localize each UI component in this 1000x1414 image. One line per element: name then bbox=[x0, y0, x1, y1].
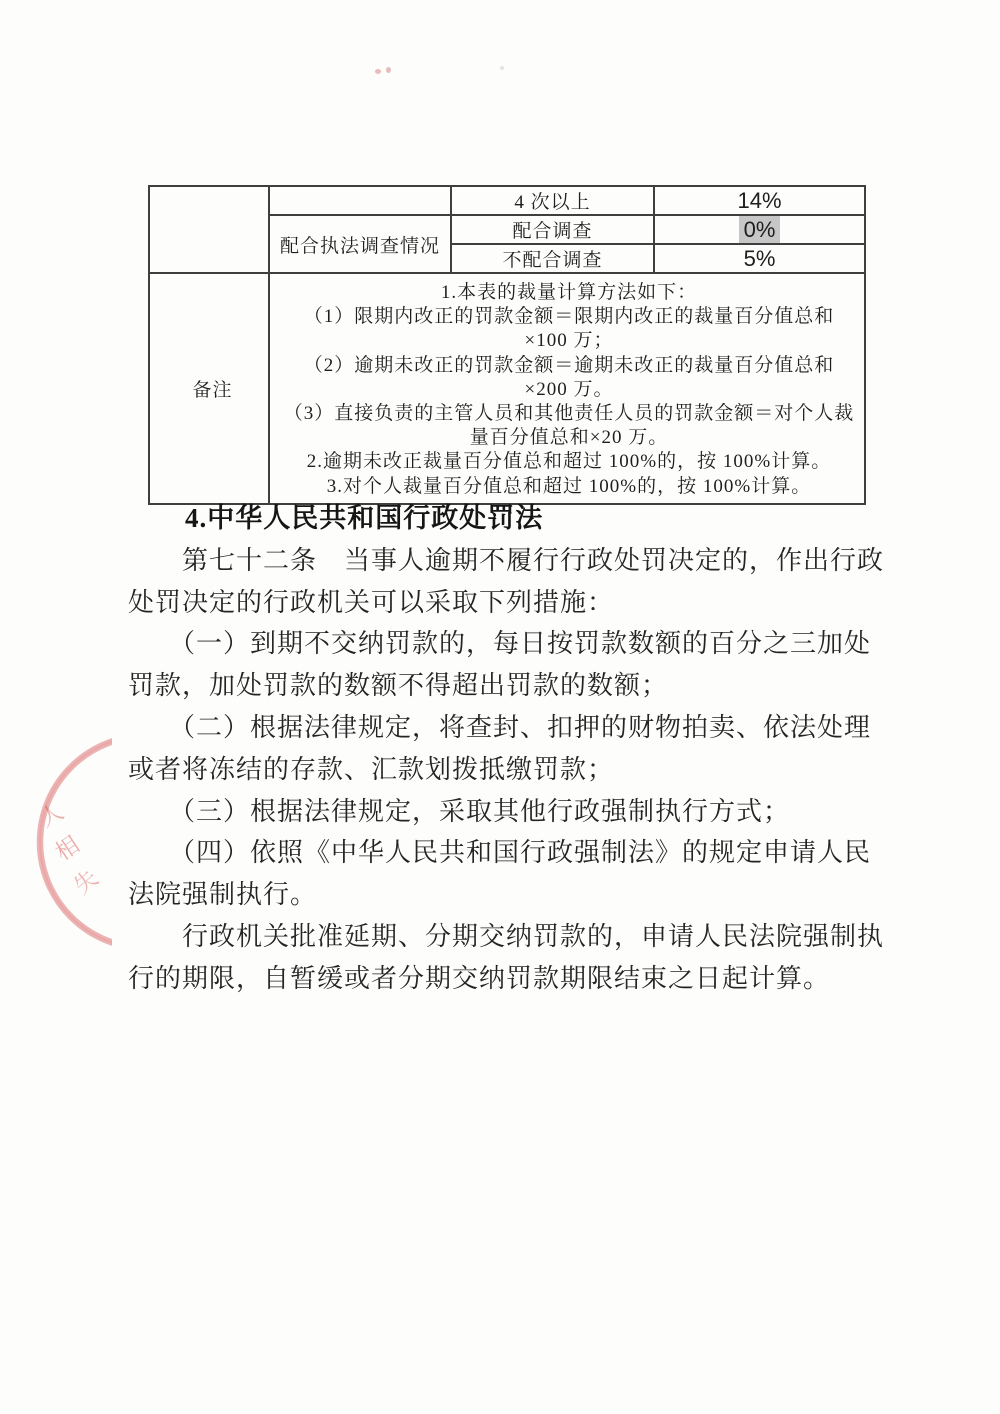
scan-speck bbox=[500, 66, 504, 70]
cell-value-0: 0% bbox=[654, 215, 865, 244]
cell-value-5: 5% bbox=[654, 244, 865, 273]
paragraph-item-3: （三）根据法律规定，采取其他行政强制执行方式； bbox=[128, 791, 978, 833]
cell-category-empty bbox=[269, 186, 451, 215]
cell-category-cooperation: 配合执法调查情况 bbox=[269, 215, 451, 273]
paragraph-item-2: （二）根据法律规定，将查封、扣押的财物拍卖、依法处理 或者将冻结的存款、汇款划拨… bbox=[128, 707, 978, 791]
highlighted-value: 0% bbox=[739, 216, 781, 243]
seal-glyph: 相 bbox=[52, 833, 84, 865]
seal-characters: 人 相 失 bbox=[8, 781, 137, 919]
remarks-content: 1.本表的裁量计算方法如下： （1）限期内改正的罚款金额＝限期内改正的裁量百分值… bbox=[269, 273, 865, 504]
cell-left-empty bbox=[149, 186, 269, 273]
section-heading: 4.中华人民共和国行政处罚法 bbox=[185, 498, 978, 540]
cell-frequency-4plus: 4 次以上 bbox=[451, 186, 654, 215]
seal-glyph: 人 bbox=[36, 800, 67, 831]
scanned-document-page: 人 相 失 4 次以上 14% 配合执法调查情况 配合调查 0% 不配合调查 5… bbox=[0, 0, 1000, 1414]
law-text-block: 4.中华人民共和国行政处罚法 第七十二条 当事人逾期不履行行政处罚决定的，作出行… bbox=[128, 498, 978, 1000]
paragraph-article-72: 第七十二条 当事人逾期不履行行政处罚决定的，作出行政 处罚决定的行政机关可以采取… bbox=[128, 540, 978, 624]
table-row-remarks: 备注 1.本表的裁量计算方法如下： （1）限期内改正的罚款金额＝限期内改正的裁量… bbox=[149, 273, 865, 504]
scan-speck bbox=[375, 69, 381, 74]
seal-glyph: 失 bbox=[70, 866, 102, 898]
scan-speck bbox=[386, 67, 391, 73]
paragraph-item-1: （一）到期不交纳罚款的，每日按罚款数额的百分之三加处 罚款，加处罚款的数额不得超… bbox=[128, 623, 978, 707]
cell-noncooperate-label: 不配合调查 bbox=[451, 244, 654, 273]
table-row: 4 次以上 14% bbox=[149, 186, 865, 215]
remarks-label: 备注 bbox=[149, 273, 269, 504]
cell-value-14: 14% bbox=[654, 186, 865, 215]
cell-cooperate-label: 配合调查 bbox=[451, 215, 654, 244]
paragraph-final: 行政机关批准延期、分期交纳罚款的，申请人民法院强制执 行的期限，自暂缓或者分期交… bbox=[128, 916, 978, 1000]
paragraph-item-4: （四）依照《中华人民共和国行政强制法》的规定申请人民 法院强制执行。 bbox=[128, 832, 978, 916]
discretion-penalty-table: 4 次以上 14% 配合执法调查情况 配合调查 0% 不配合调查 5% 备注 1… bbox=[148, 185, 866, 505]
